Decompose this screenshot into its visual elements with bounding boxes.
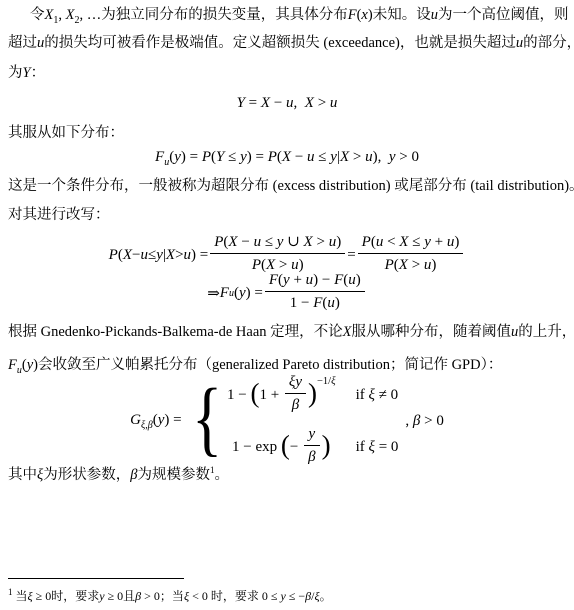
paragraph-1-line-3: 为Y： [8, 58, 566, 88]
footnote-separator [8, 578, 184, 579]
paragraph-1-line-2: 超过u的损失均可被看作是极端值。定义超额损失 (exceedance)，也就是损… [8, 28, 566, 58]
paragraph-3-line-2: 对其进行改写： [8, 200, 566, 230]
paragraph-5: 其中ξ为形状参数，β为规模参数1。 [8, 455, 566, 485]
paragraph-4-line-1: 根据 Gnedenko-Pickands-Balkema-de Haan 定理，… [8, 317, 566, 347]
formula-excess-distribution: Fu(y) = P(Y ≤ y) = P(X − u ≤ y|X > u), y… [8, 143, 566, 171]
footnote-text: 1 当ξ ≥ 0时，要求y ≥ 0且β > 0；当ξ < 0 时，要求 0 ≤ … [8, 583, 566, 606]
paragraph-1-line-1: 令X1, X2, …为独立同分布的损失变量，其具体分布F(x)未知。设u为一个高… [8, 0, 566, 30]
document-page: 令X1, X2, …为独立同分布的损失变量，其具体分布F(x)未知。设u为一个高… [0, 0, 574, 610]
paragraph-3-line-1: 这是一个条件分布，一般被称为超限分布 (excess distribution)… [8, 171, 566, 201]
formula-gpd: Gξ,β(y) = {1 − (1 + ξyβ)−1/ξif ξ ≠ 01 − … [8, 383, 566, 459]
formula-exceedance-definition: Y = X − u, X > u [8, 89, 566, 117]
formula-fu-result: ⇒ Fu(y) = F(y + u) − F(u)1 − F(u) [8, 271, 566, 315]
